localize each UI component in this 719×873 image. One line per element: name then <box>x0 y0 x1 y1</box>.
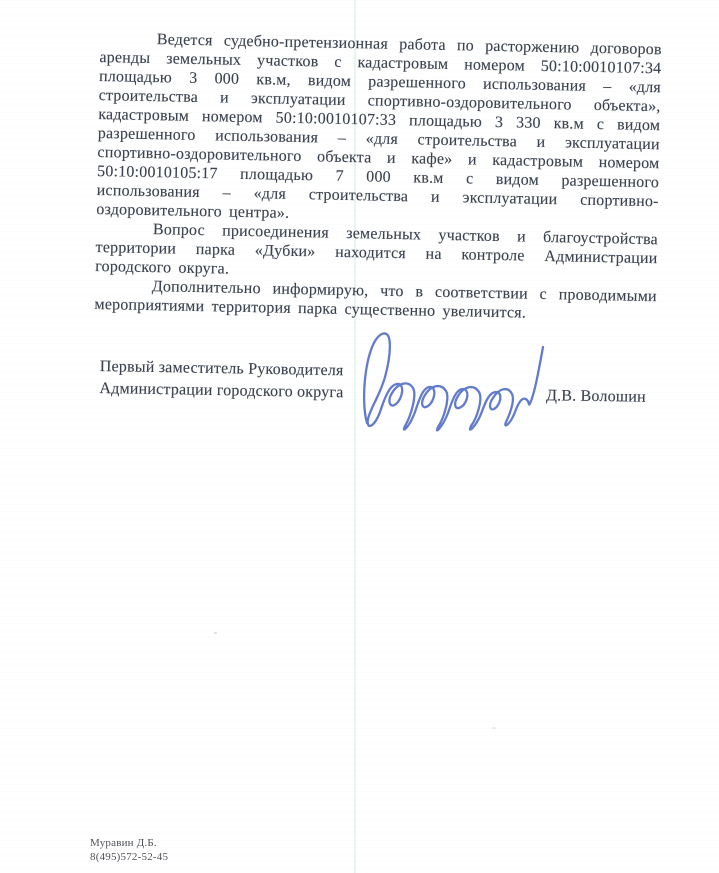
executor-phone: 8(495)572-52-45 <box>90 851 168 865</box>
executor-name: Муравин Д.Б. <box>90 837 168 851</box>
signer-title-line2: Администрации городского округа <box>99 377 343 403</box>
scan-speck <box>492 727 496 729</box>
signature-ink-stroke <box>364 333 543 430</box>
handwritten-signature <box>357 329 552 437</box>
scan-speck <box>214 632 217 634</box>
scanned-letter-page: Ведется судебно-претензионная работа по … <box>0 0 719 873</box>
signer-title: Первый заместитель Руководителя Админист… <box>99 356 344 403</box>
executor-contact-block: Муравин Д.Б. 8(495)572-52-45 <box>90 837 168 864</box>
paragraph-lawsuit-work: Ведется судебно-претензионная работа по … <box>96 29 662 230</box>
signer-name: Д.В. Волошин <box>546 387 646 406</box>
letter-body: Ведется судебно-претензионная работа по … <box>94 29 662 325</box>
